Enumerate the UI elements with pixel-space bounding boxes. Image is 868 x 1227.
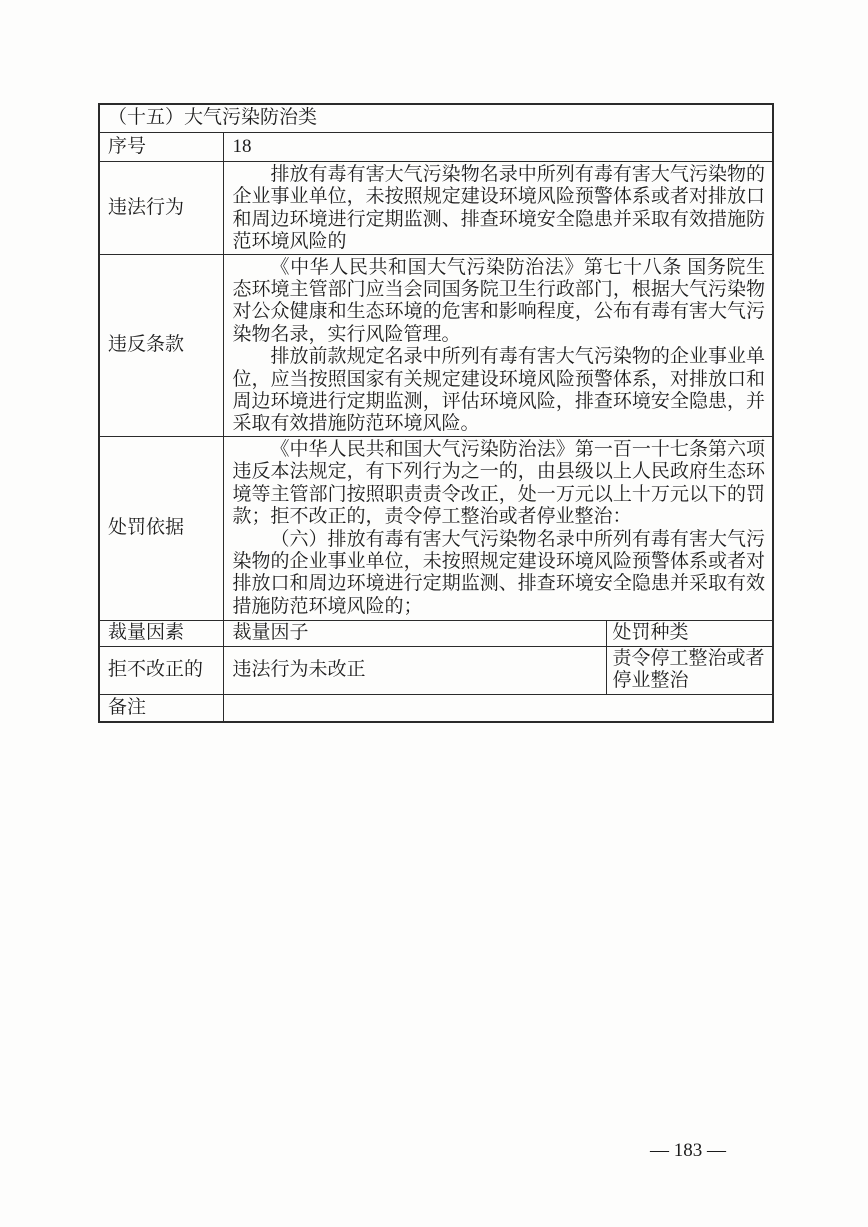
table-row-violation: 违法行为 排放有毒有害大气污染物名录中所列有毒有害大气污染物的企业事业单位，未按… — [99, 162, 773, 255]
remarks-value — [223, 694, 773, 722]
serial-value: 18 — [223, 133, 773, 162]
discretion-factor-header: 裁量因子 — [223, 620, 606, 646]
refusal-penalty-type: 责令停工整治或者停业整治 — [606, 646, 773, 694]
table-row-remarks: 备注 — [99, 694, 773, 722]
penalty-type-header: 处罚种类 — [606, 620, 773, 646]
violated-clause-paragraph-2: 排放前款规定名录中所列有毒有害大气污染物的企业事业单位，应当按照国家有关规定建设… — [233, 346, 766, 436]
remarks-label: 备注 — [99, 694, 223, 722]
table-row-title: （十五）大气污染防治类 — [99, 104, 773, 133]
violation-content: 排放有毒有害大气污染物名录中所列有毒有害大气污染物的企业事业单位，未按照规定建设… — [223, 162, 773, 255]
page-number: — 183 — — [628, 1140, 748, 1162]
refusal-label: 拒不改正的 — [99, 646, 223, 694]
table-row-serial: 序号 18 — [99, 133, 773, 162]
serial-label: 序号 — [99, 133, 223, 162]
section-title: （十五）大气污染防治类 — [99, 104, 773, 133]
document-page: （十五）大气污染防治类 序号 18 违法行为 排放有毒有害大气污染物名录中所列有… — [0, 0, 868, 1227]
table-row-violated-clause: 违反条款 《中华人民共和国大气污染防治法》第七十八条 国务院生态环境主管部门应当… — [99, 254, 773, 436]
table-row-refusal: 拒不改正的 违法行为未改正 责令停工整治或者停业整治 — [99, 646, 773, 694]
regulation-table: （十五）大气污染防治类 序号 18 违法行为 排放有毒有害大气污染物名录中所列有… — [98, 103, 774, 723]
violated-clause-paragraph-1: 《中华人民共和国大气污染防治法》第七十八条 国务院生态环境主管部门应当会同国务院… — [233, 257, 766, 347]
penalty-basis-paragraph-2: （六）排放有毒有害大气污染物名录中所列有毒有害大气污染物的企业事业单位，未按照规… — [233, 529, 766, 619]
table-row-penalty-basis: 处罚依据 《中华人民共和国大气污染防治法》第一百一十七条第六项 违反本法规定，有… — [99, 436, 773, 620]
penalty-basis-label: 处罚依据 — [99, 436, 223, 620]
violation-paragraph: 排放有毒有害大气污染物名录中所列有毒有害大气污染物的企业事业单位，未按照规定建设… — [233, 164, 766, 254]
violated-clause-content: 《中华人民共和国大气污染防治法》第七十八条 国务院生态环境主管部门应当会同国务院… — [223, 254, 773, 436]
violated-clause-label: 违反条款 — [99, 254, 223, 436]
penalty-basis-paragraph-1: 《中华人民共和国大气污染防治法》第一百一十七条第六项 违反本法规定，有下列行为之… — [233, 439, 766, 529]
penalty-basis-content: 《中华人民共和国大气污染防治法》第一百一十七条第六项 违反本法规定，有下列行为之… — [223, 436, 773, 620]
refusal-factor: 违法行为未改正 — [223, 646, 606, 694]
table-row-discretion-header: 裁量因素 裁量因子 处罚种类 — [99, 620, 773, 646]
discretion-factor-header-label: 裁量因素 — [99, 620, 223, 646]
violation-label: 违法行为 — [99, 162, 223, 255]
